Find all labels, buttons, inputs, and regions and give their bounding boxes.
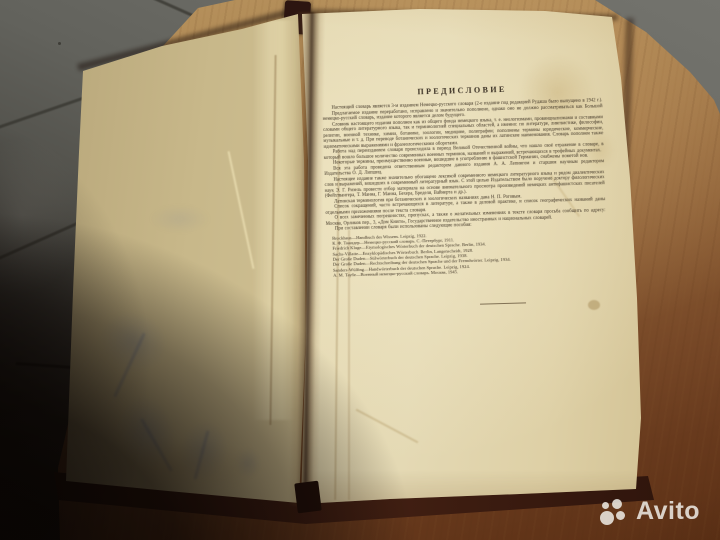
- page-crease: [228, 151, 255, 269]
- avito-logo-dot: [600, 511, 614, 525]
- book-spine-bottom: [294, 481, 321, 514]
- avito-logo-dot: [616, 511, 625, 520]
- page-smudge: [90, 302, 176, 382]
- preface-text-block: ПРЕДИСЛОВИЕ Настоящий словарь является 3…: [322, 82, 608, 309]
- page-smudge: [150, 205, 210, 233]
- page-crease: [356, 409, 419, 444]
- floor-seam: [0, 221, 81, 261]
- avito-logo-dot: [602, 502, 609, 509]
- avito-logo-dot: [612, 499, 622, 509]
- watermark-label: Avito: [636, 499, 700, 524]
- bibliography-list: Brockhaus—Handbuch des Wissens. Leipzig,…: [326, 228, 607, 279]
- floor-speck: [58, 42, 61, 45]
- avito-watermark: Avito: [600, 494, 720, 532]
- photo-scene: ПРЕДИСЛОВИЕ Настоящий словарь является 3…: [0, 0, 720, 540]
- page-title: ПРЕДИСЛОВИЕ: [322, 82, 602, 99]
- section-divider: [480, 303, 526, 305]
- avito-logo-icon: [600, 499, 630, 527]
